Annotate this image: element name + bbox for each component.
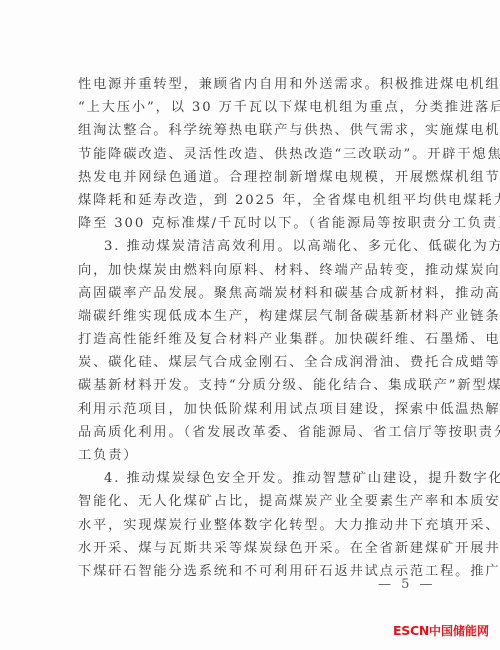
text-line: 水开采、煤与瓦斯共采等煤炭绿色开采。在全省新建煤矿开展井: [78, 537, 424, 560]
text-line: 炭、碳化硅、煤层气合成金刚石、全合成润滑油、费托合成蜡等高端: [78, 351, 424, 374]
text-line: 工负责）: [78, 444, 424, 467]
page-number: — 5 —: [378, 577, 436, 592]
watermark-latin: ESCN: [393, 623, 429, 638]
text-line: 高固碳率产品发展。聚焦高端炭材料和碳基合成新材料，推动高: [78, 282, 424, 305]
text-line: 品高质化利用。（省发展改革委、省能源局、省工信厅等按职责分: [78, 421, 424, 444]
watermark-chinese: 中国储能网: [429, 624, 489, 638]
text-line: 智能化、无人化煤矿占比，提高煤炭产业全要素生产率和本质安全: [78, 490, 424, 513]
text-line: 节能降碳改造、灵活性改造、供热改造“三改联动”。开辟干熄焦余: [78, 143, 424, 166]
text-line: 热发电并网绿色通道。合理控制新增煤电规模，开展燃煤机组节: [78, 166, 424, 189]
text-line: 碳基新材料开发。支持“分质分级、能化结合、集成联产”新型煤炭: [78, 374, 424, 397]
text-line: 组淘汰整合。科学统筹热电联产与供热、供气需求，实施煤电机组: [78, 119, 424, 142]
body-text: 性电源并重转型，兼顾省内自用和外送需求。积极推进煤电机组 “上大压小”，以 30…: [78, 73, 424, 583]
escn-watermark-logo: ESCN中国储能网: [393, 622, 489, 639]
text-line: 降至 300 克标准煤/千瓦时以下。（省能源局等按职责分工负责）: [78, 212, 424, 235]
text-line: 性电源并重转型，兼顾省内自用和外送需求。积极推进煤电机组: [78, 73, 424, 96]
text-line: 打造高性能纤维及复合材料产业集群。加快碳纤维、石墨烯、电容: [78, 328, 424, 351]
text-line: 端碳纤维实现低成本生产，构建煤层气制备碳基新材料产业链条，: [78, 305, 424, 328]
section-heading-3: 3. 推动煤炭清洁高效利用。以高端化、多元化、低碳化为方: [78, 235, 424, 258]
text-line: 利用示范项目，加快低阶煤利用试点项目建设，探索中低温热解产: [78, 398, 424, 421]
text-line: 向，加快煤炭由燃料向原料、材料、终端产品转变，推动煤炭向高端: [78, 259, 424, 282]
text-line: “上大压小”，以 30 万千瓦以下煤电机组为重点，分类推进落后机: [78, 96, 424, 119]
section-heading-4: 4. 推动煤炭绿色安全开发。推动智慧矿山建设，提升数字化、: [78, 467, 424, 490]
text-line: 水平，实现煤炭行业整体数字化转型。大力推动井下充填开采、保: [78, 514, 424, 537]
document-page: 性电源并重转型，兼顾省内自用和外送需求。积极推进煤电机组 “上大压小”，以 30…: [0, 0, 500, 650]
text-line: 下煤矸石智能分选系统和不可利用矸石返井试点示范工程。推广: [78, 560, 424, 583]
text-line: 煤降耗和延寿改造，到 2025 年，全省煤电机组平均供电煤耗力争: [78, 189, 424, 212]
